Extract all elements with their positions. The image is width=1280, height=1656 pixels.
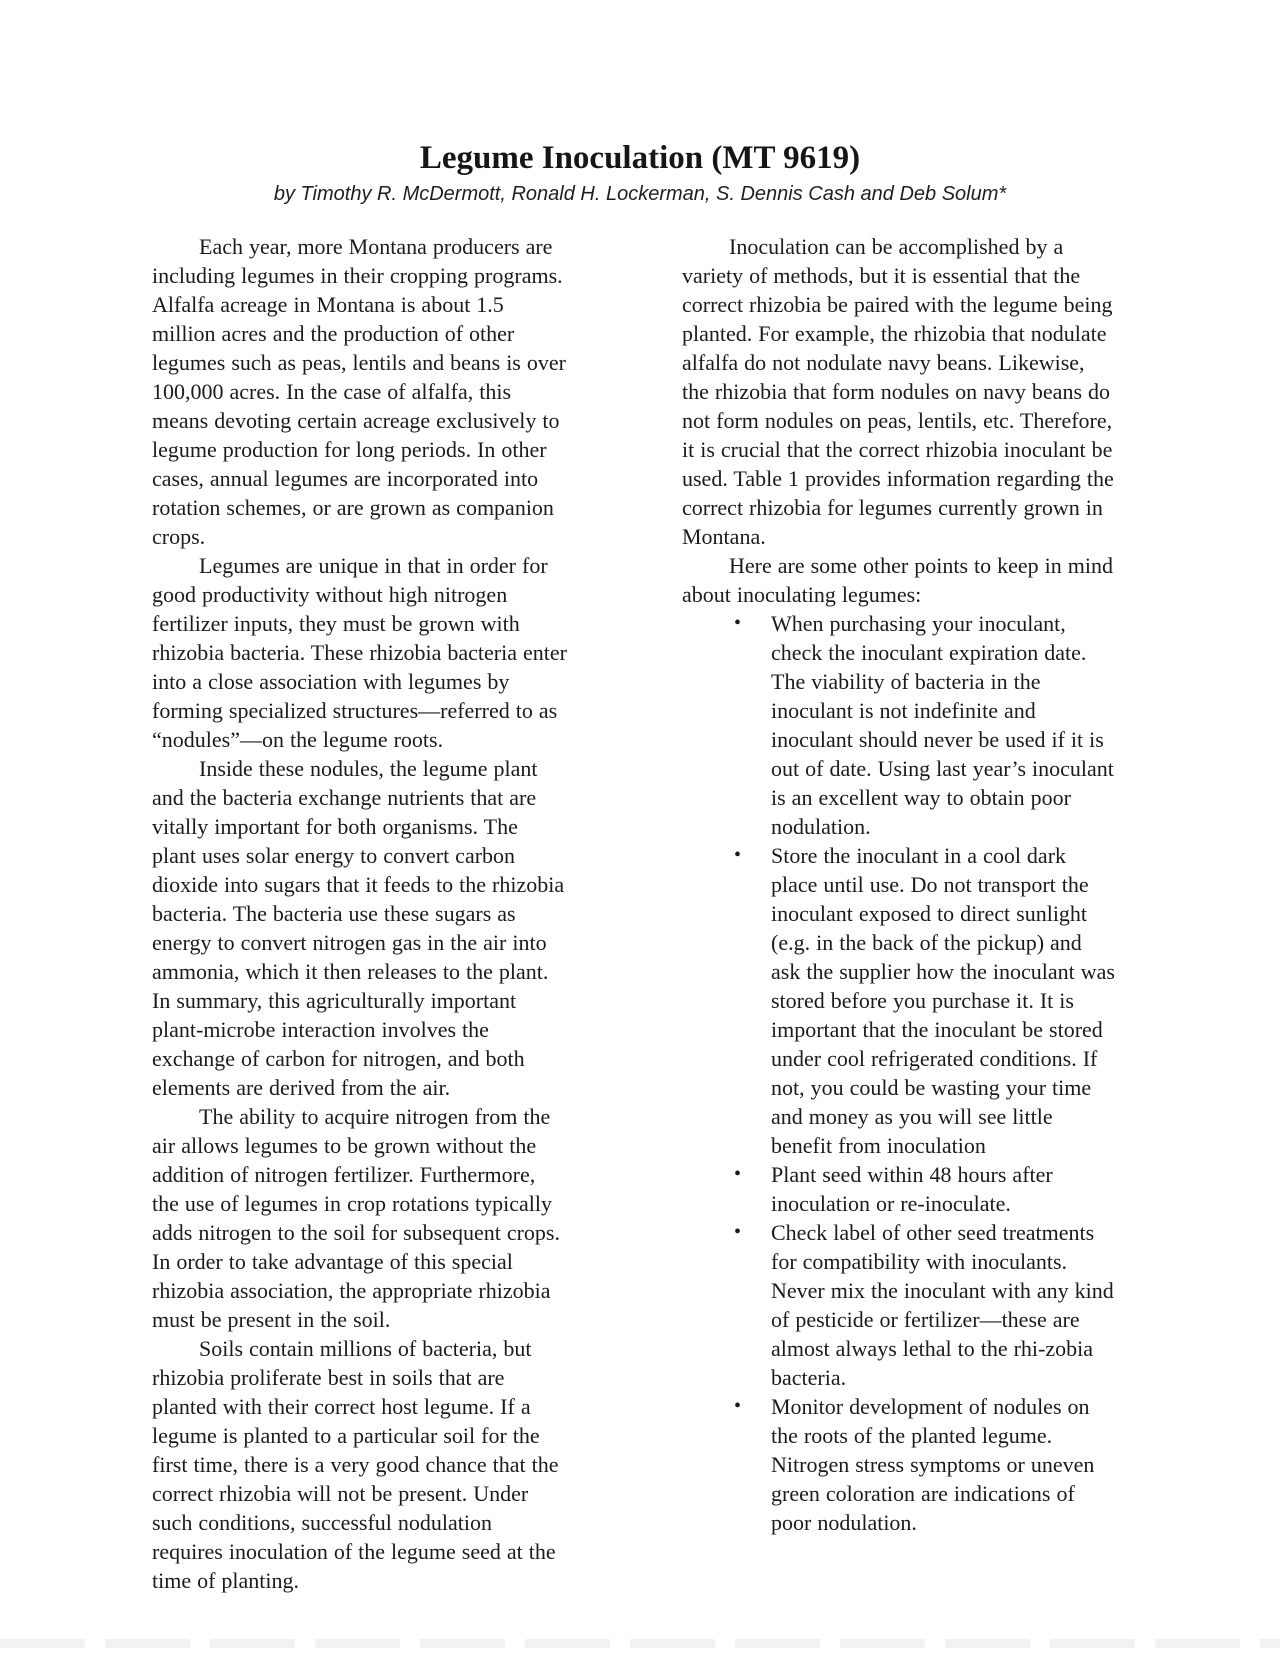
byline: by Timothy R. McDermott, Ronald H. Locke… — [0, 182, 1280, 206]
bullet-text: Monitor development of nodules on the ro… — [771, 1392, 1117, 1537]
two-column-layout: Each year, more Montana producers are in… — [152, 232, 1117, 1595]
paragraph: The ability to acquire nitrogen from the… — [152, 1102, 567, 1334]
list-item: • When purchasing your inoculant, check … — [682, 609, 1117, 841]
bullet-icon: • — [734, 1392, 771, 1537]
paragraph: Here are some other points to keep in mi… — [682, 551, 1117, 609]
list-item: • Monitor development of nodules on the … — [682, 1392, 1117, 1537]
paragraph: Inside these nodules, the legume plant a… — [152, 754, 567, 1102]
bullet-text: When purchasing your inoculant, check th… — [771, 609, 1117, 841]
document-page: Legume Inoculation (MT 9619) by Timothy … — [0, 0, 1280, 1656]
bullet-icon: • — [734, 841, 771, 1160]
bullet-icon: • — [734, 609, 771, 841]
bullet-icon: • — [734, 1218, 771, 1392]
bullet-icon: • — [734, 1160, 771, 1218]
list-item: • Plant seed within 48 hours after inocu… — [682, 1160, 1117, 1218]
bullet-list: • When purchasing your inoculant, check … — [682, 609, 1117, 1537]
paragraph: Legumes are unique in that in order for … — [152, 551, 567, 754]
page-bottom-dashed-line — [0, 1639, 1280, 1648]
page-title: Legume Inoculation (MT 9619) — [0, 140, 1280, 176]
paragraph: Inoculation can be accomplished by a var… — [682, 232, 1117, 551]
right-column: Inoculation can be accomplished by a var… — [682, 232, 1117, 1595]
left-column: Each year, more Montana producers are in… — [152, 232, 567, 1595]
paragraph: Each year, more Montana producers are in… — [152, 232, 567, 551]
bullet-text: Store the inoculant in a cool dark place… — [771, 841, 1117, 1160]
paragraph: Soils contain millions of bacteria, but … — [152, 1334, 567, 1595]
document-header: Legume Inoculation (MT 9619) by Timothy … — [0, 0, 1280, 206]
bullet-text: Check label of other seed treatments for… — [771, 1218, 1117, 1392]
list-item: • Store the inoculant in a cool dark pla… — [682, 841, 1117, 1160]
list-item: • Check label of other seed treatments f… — [682, 1218, 1117, 1392]
bullet-text: Plant seed within 48 hours after inocula… — [771, 1160, 1117, 1218]
